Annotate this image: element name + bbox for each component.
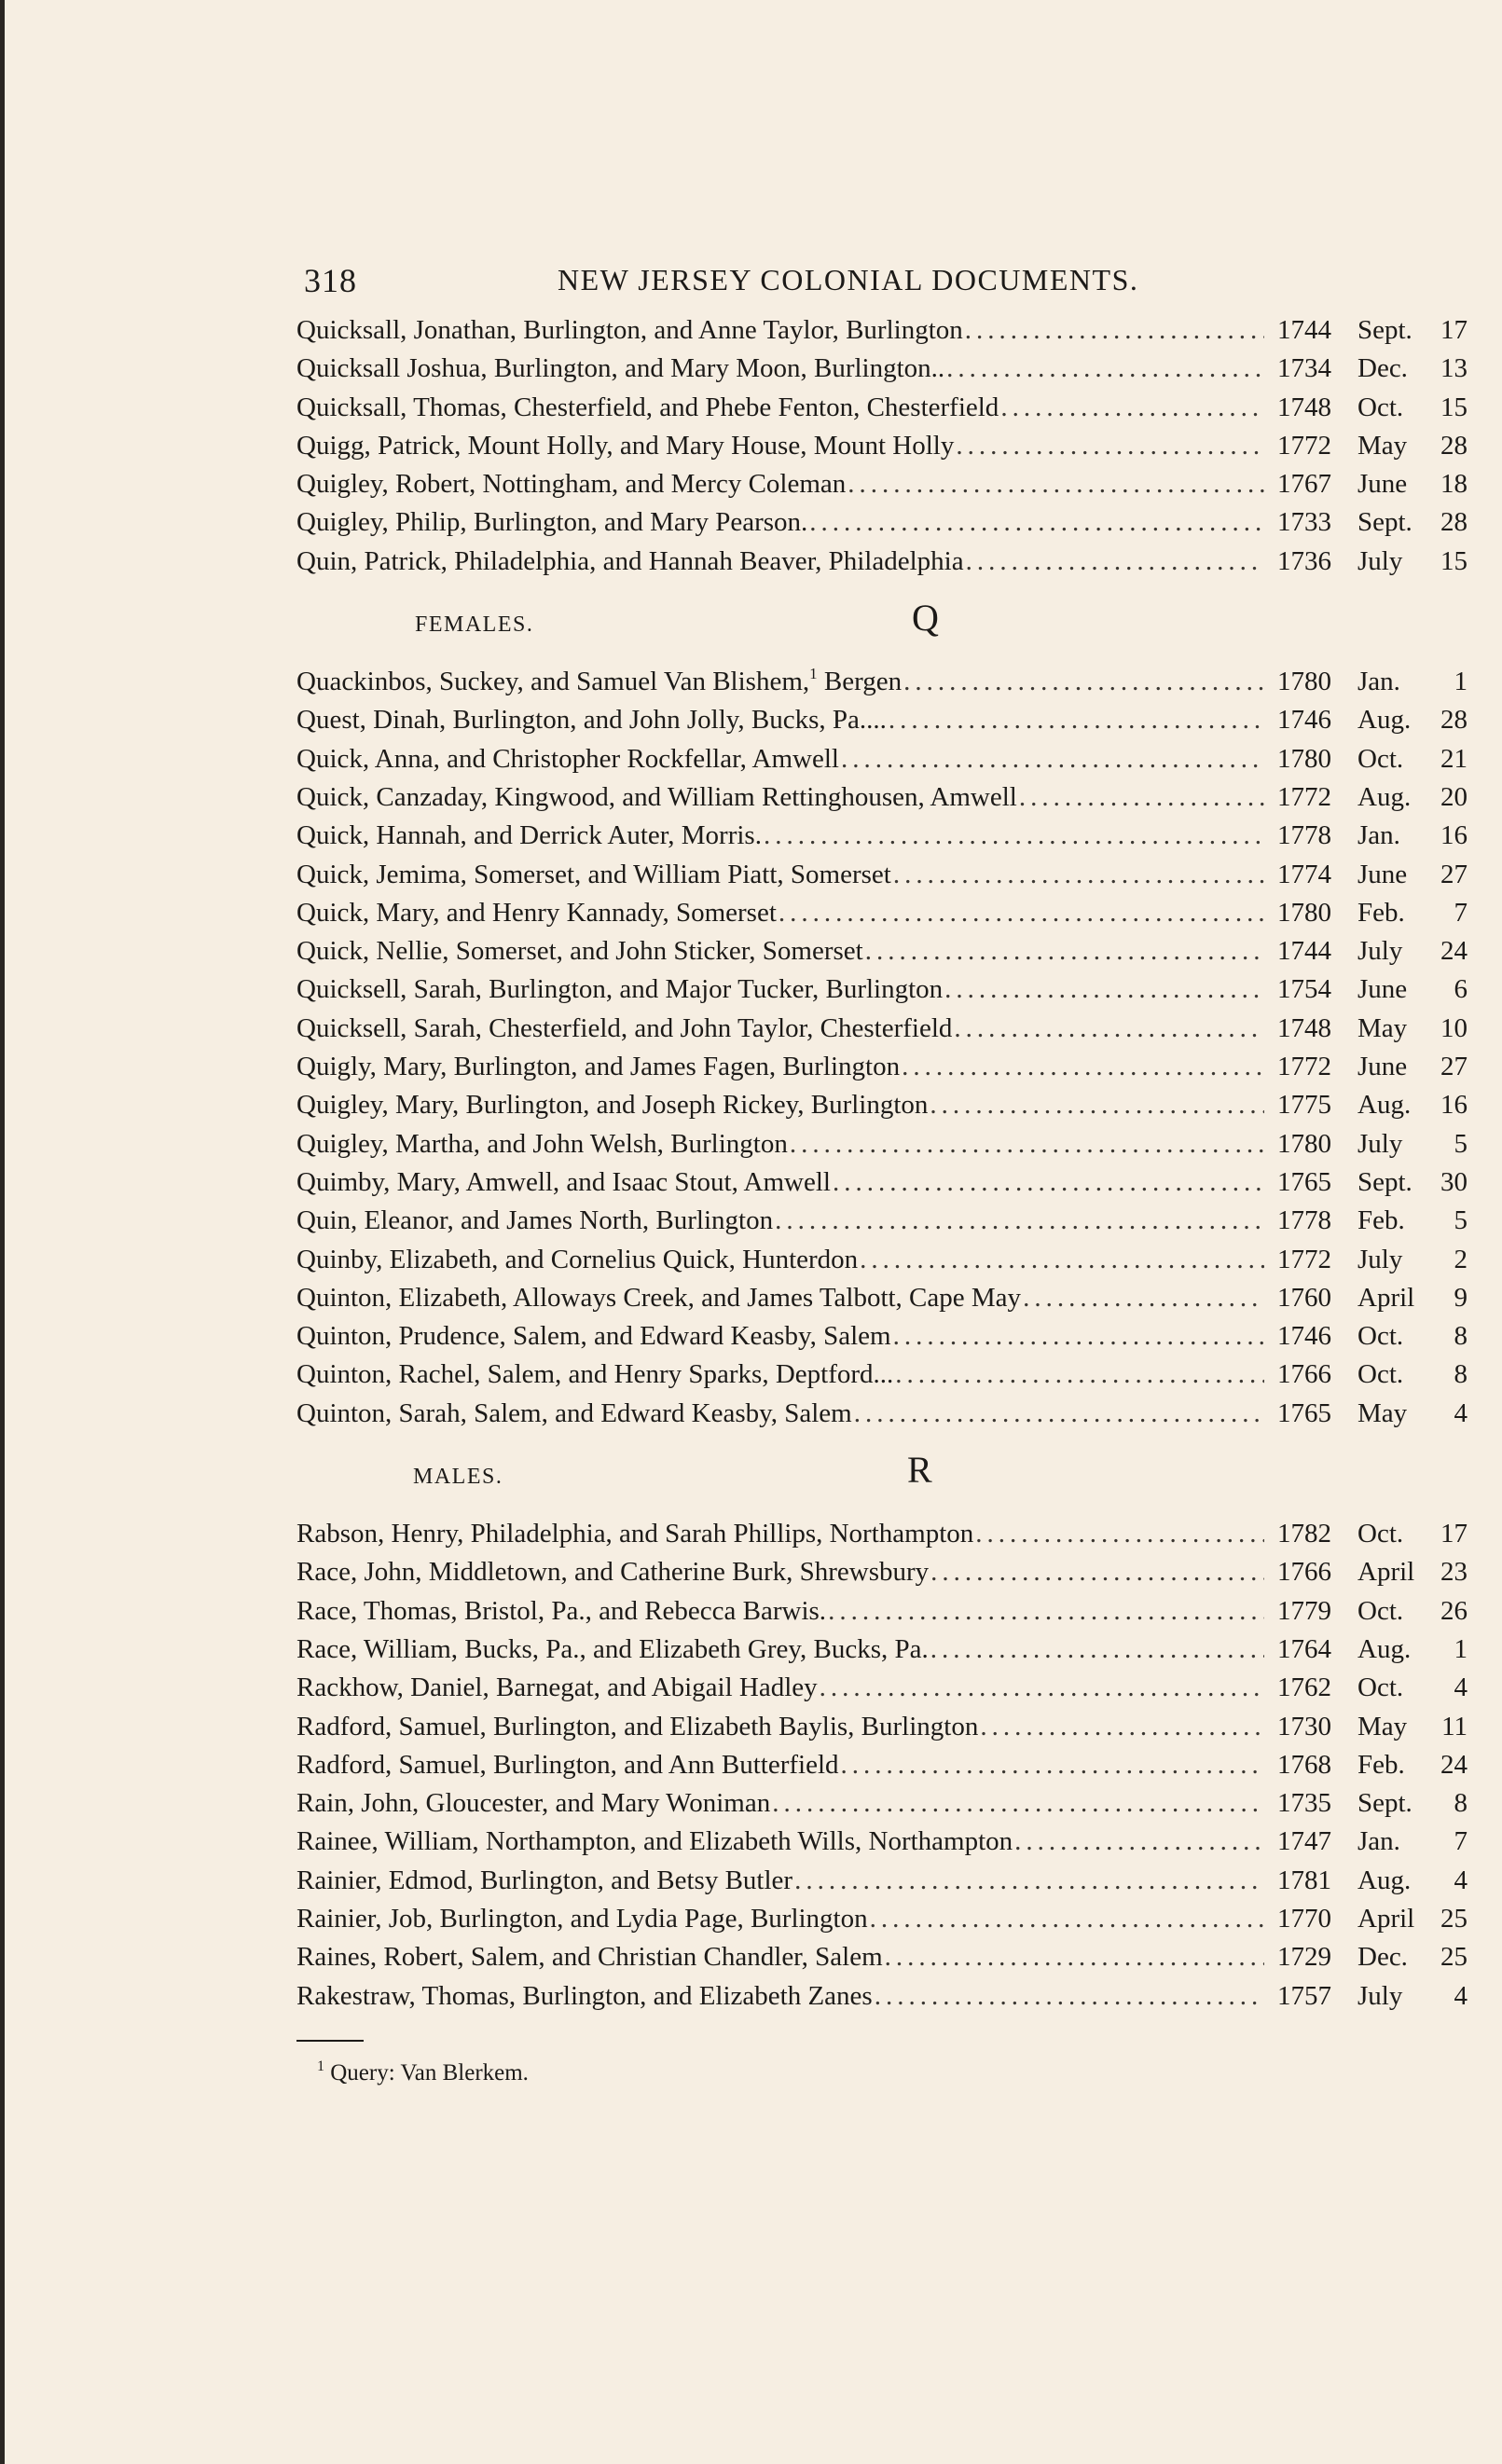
marriage-entry: Quick, Hannah, and Derrick Auter, Morris… [296,820,1468,859]
marriage-entry: Rainier, Job, Burlington, and Lydia Page… [296,1904,1468,1942]
marriage-entry: Radford, Samuel, Burlington, and Ann But… [296,1750,1468,1788]
marriage-entry: Quick, Jemima, Somerset, and William Pia… [296,860,1468,898]
marriage-entry: Quicksall, Jonathan, Burlington, and Ann… [296,315,1468,353]
section-heading-females-q: FEMALES. Q [296,585,1468,659]
marriage-entry: Race, Thomas, Bristol, Pa., and Rebecca … [296,1596,1468,1634]
marriage-entry: Quigg, Patrick, Mount Holly, and Mary Ho… [296,431,1468,469]
section-letter: R [907,1448,932,1492]
marriage-entry: Quackinbos, Suckey, and Samuel Van Blish… [296,667,1468,705]
marriage-entry: Race, John, Middletown, and Catherine Bu… [296,1557,1468,1595]
marriage-entry: Quigley, Martha, and John Welsh, Burling… [296,1129,1468,1167]
marriage-entry: Quinton, Prudence, Salem, and Edward Kea… [296,1321,1468,1359]
marriage-entry: Quick, Anna, and Christopher Rockfellar,… [296,744,1468,782]
scan-edge [0,0,5,2464]
marriage-entry: Rain, John, Gloucester, and Mary Woniman… [296,1788,1468,1826]
marriage-entry: Quigley, Philip, Burlington, and Mary Pe… [296,507,1468,545]
marriage-entry: Quinby, Elizabeth, and Cornelius Quick, … [296,1245,1468,1283]
marriage-entry: Quest, Dinah, Burlington, and John Jolly… [296,705,1468,743]
marriage-entry: Quinton, Elizabeth, Alloways Creek, and … [296,1283,1468,1321]
marriage-entry: Rabson, Henry, Philadelphia, and Sarah P… [296,1519,1468,1557]
marriage-entry: Rakestraw, Thomas, Burlington, and Eliza… [296,1981,1468,2019]
marriage-entry: Quimby, Mary, Amwell, and Isaac Stout, A… [296,1167,1468,1205]
marriage-entry: Quigley, Mary, Burlington, and Joseph Ri… [296,1090,1468,1128]
marriage-entry: Quick, Canzaday, Kingwood, and William R… [296,782,1468,820]
marriage-entry: Quigley, Robert, Nottingham, and Mercy C… [296,469,1468,507]
continued-entries: Quicksall, Jonathan, Burlington, and Ann… [296,315,1468,585]
males-r-entries: Rabson, Henry, Philadelphia, and Sarah P… [296,1519,1468,2019]
marriage-entry: Quicksell, Sarah, Chesterfield, and John… [296,1013,1468,1052]
marriage-entry: Quin, Eleanor, and James North, Burlingt… [296,1205,1468,1244]
marriage-entry: Quick, Mary, and Henry Kannady, Somerset… [296,898,1468,936]
females-q-entries: Quackinbos, Suckey, and Samuel Van Blish… [296,667,1468,1437]
document-page: 318 NEW JERSEY COLONIAL DOCUMENTS. Quick… [296,252,1468,2086]
marriage-entry: Raines, Robert, Salem, and Christian Cha… [296,1942,1468,1980]
marriage-entry: Race, William, Bucks, Pa., and Elizabeth… [296,1634,1468,1672]
marriage-entry: Quicksall, Thomas, Chesterfield, and Phe… [296,392,1468,431]
marriage-entry: Quicksall Joshua, Burlington, and Mary M… [296,353,1468,392]
marriage-entry: Quinton, Rachel, Salem, and Henry Sparks… [296,1359,1468,1397]
section-label: FEMALES. [415,613,533,638]
marriage-entry: Quin, Patrick, Philadelphia, and Hannah … [296,546,1468,585]
marriage-entry: Quinton, Sarah, Salem, and Edward Keasby… [296,1398,1468,1437]
marriage-entry: Rackhow, Daniel, Barnegat, and Abigail H… [296,1672,1468,1711]
running-head: 318 NEW JERSEY COLONIAL DOCUMENTS. [296,252,1468,308]
section-label: MALES. [413,1465,503,1490]
marriage-entry: Quick, Nellie, Somerset, and John Sticke… [296,936,1468,974]
section-heading-males-r: MALES. R [296,1437,1468,1511]
footnote: 1 Query: Van Blerkem. [317,2060,1468,2086]
marriage-entry: Quicksell, Sarah, Burlington, and Major … [296,974,1468,1012]
page-number: 318 [304,261,357,300]
running-title: NEW JERSEY COLONIAL DOCUMENTS. [558,263,1138,297]
marriage-entry: Radford, Samuel, Burlington, and Elizabe… [296,1712,1468,1750]
section-letter: Q [912,596,939,640]
footnote-rule [296,2040,364,2042]
marriage-entry: Rainee, William, Northampton, and Elizab… [296,1826,1468,1865]
footnote-marker: 1 [809,665,818,682]
marriage-entry: Rainier, Edmod, Burlington, and Betsy Bu… [296,1865,1468,1904]
marriage-entry: Quigly, Mary, Burlington, and James Fage… [296,1052,1468,1090]
footnote-text: Query: Van Blerkem. [324,2060,529,2085]
footnote-marker: 1 [317,2058,324,2074]
